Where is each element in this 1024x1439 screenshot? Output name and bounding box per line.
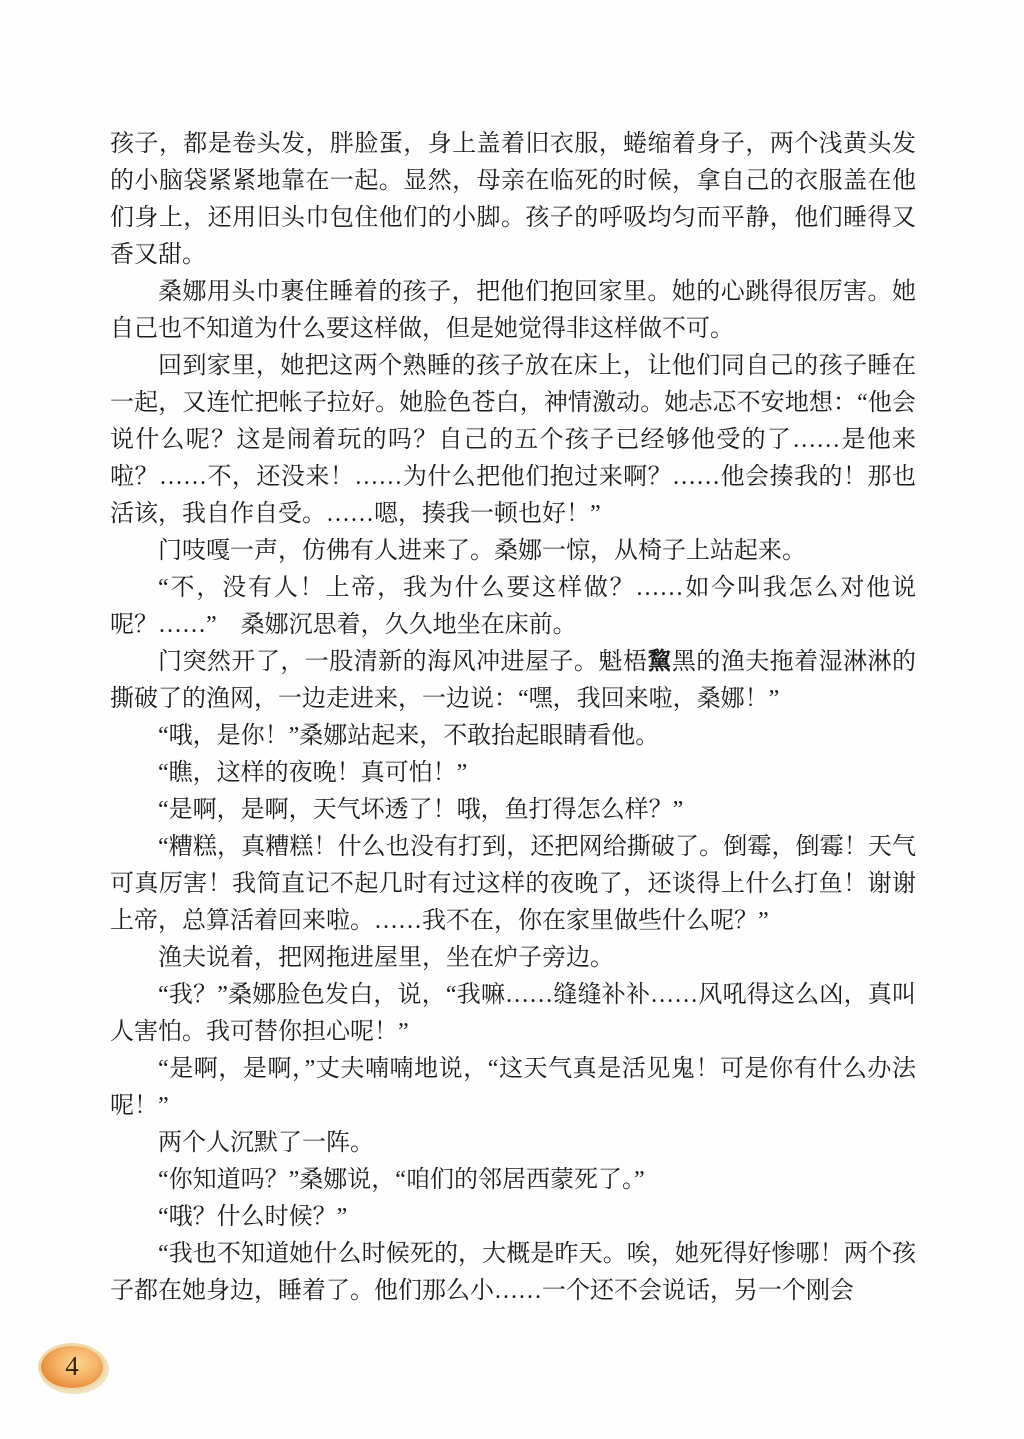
page-number: 4	[65, 1351, 79, 1382]
paragraph: 渔夫说着，把网拖进屋里，坐在炉子旁边。	[110, 940, 916, 977]
paragraph: 门突然开了，一股清新的海风冲进屋子。魁梧黧黑的渔夫拖着湿淋淋的撕破了的渔网，一边…	[110, 644, 916, 718]
paragraph: “你知道吗？”桑娜说，“咱们的邻居西蒙死了。”	[110, 1162, 916, 1199]
highlighted-new-character: 黧	[647, 649, 671, 675]
page-number-badge: 4	[38, 1343, 106, 1391]
paragraph: “哦？什么时候？”	[110, 1199, 916, 1236]
paragraph: “瞧，这样的夜晚！真可怕！”	[110, 755, 916, 792]
paragraph: 孩子，都是卷头发，胖脸蛋，身上盖着旧衣服，蜷缩着身子，两个浅黄头发的小脑袋紧紧地…	[110, 126, 916, 274]
paragraph: “我？”桑娜脸色发白，说，“我嘛……缝缝补补……风吼得这么凶，真叫人害怕。我可替…	[110, 977, 916, 1051]
paragraph: “是啊，是啊，”丈夫喃喃地说，“这天气真是活见鬼！可是你有什么办法呢！”	[110, 1051, 916, 1125]
textbook-page: 孩子，都是卷头发，胖脸蛋，身上盖着旧衣服，蜷缩着身子，两个浅黄头发的小脑袋紧紧地…	[0, 0, 1024, 1439]
paragraph: “不，没有人！上帝，我为什么要这样做？……如今叫我怎么对他说呢？……” 桑娜沉思…	[110, 570, 916, 644]
paragraph: “我也不知道她什么时候死的，大概是昨天。唉，她死得好惨哪！两个孩子都在她身边，睡…	[110, 1236, 916, 1310]
body-text: 孩子，都是卷头发，胖脸蛋，身上盖着旧衣服，蜷缩着身子，两个浅黄头发的小脑袋紧紧地…	[110, 126, 916, 1310]
paragraph: 两个人沉默了一阵。	[110, 1125, 916, 1162]
paragraph-segment: 门突然开了，一股清新的海风冲进屋子。魁梧	[158, 649, 647, 675]
paragraph: “哦，是你！”桑娜站起来，不敢抬起眼睛看他。	[110, 718, 916, 755]
paragraph: 回到家里，她把这两个熟睡的孩子放在床上，让他们同自己的孩子睡在一起，又连忙把帐子…	[110, 348, 916, 533]
paragraph: “糟糕，真糟糕！什么也没有打到，还把网给撕破了。倒霉，倒霉！天气可真厉害！我简直…	[110, 829, 916, 940]
paragraph: 桑娜用头巾裹住睡着的孩子，把他们抱回家里。她的心跳得很厉害。她自己也不知道为什么…	[110, 274, 916, 348]
paragraph: 门吱嘎一声，仿佛有人进来了。桑娜一惊，从椅子上站起来。	[110, 533, 916, 570]
paragraph: “是啊，是啊，天气坏透了！哦，鱼打得怎么样？”	[110, 792, 916, 829]
